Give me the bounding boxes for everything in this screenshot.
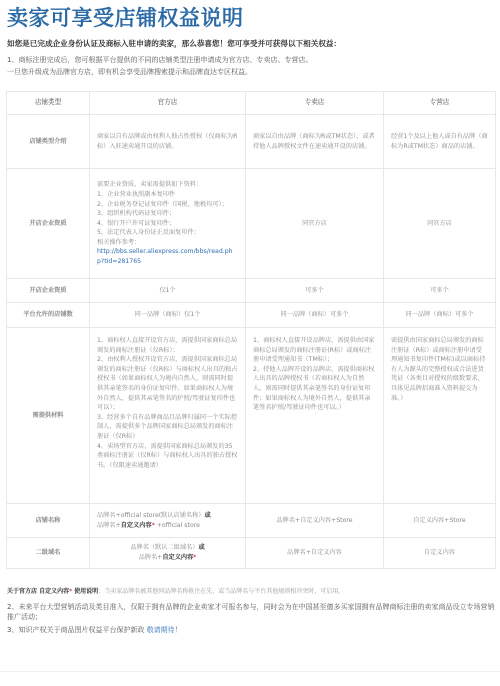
cell-official: 品牌名+official store(默认店铺名称）或 品牌名+自定义内容* +…	[90, 504, 246, 538]
qual-line: 4、银行开户许可证复印件；	[97, 219, 238, 229]
cell-official: 品牌名（默认二级域名）或 品牌名+自定义内容*	[90, 538, 246, 569]
cell-exclusive: 同一品牌（商标）可多个	[246, 303, 384, 328]
footer-line-3: 3、知识产权关于商品图片权益平台保护新政 敬请期待！	[7, 625, 495, 635]
store-name-line-1: 品牌名+official store(默认店铺名称）或	[97, 511, 238, 521]
header-exclusive-store: 专卖店	[246, 92, 384, 115]
table-header-row: 店铺类型 官方店 专卖店 专营店	[7, 92, 496, 115]
cell-specialty: 经营1个及以上他人或自有品牌（商标为R或TM状态）商品的店铺。	[384, 115, 496, 169]
row-label: 店铺名称	[7, 504, 90, 538]
reference-link[interactable]: http://bbs.seller.aliexpress.com/bbs/rea…	[97, 247, 238, 266]
cell-official: 1、商标权人直接开设官方店，需提供国家商标总局颁发的商标注册证（仅R标）； 2、…	[90, 328, 246, 504]
row-label: 开店企业资质	[7, 169, 90, 279]
cell-specialty: 需提供由国家商标总局颁发的商标注册证（R标）或商标注册申请受理通知书复印件(TM…	[384, 328, 496, 504]
cell-official: 仅1个	[90, 279, 246, 303]
header-official-store: 官方店	[90, 92, 246, 115]
qual-line: 需要企业资质，卖家需提供如下资料：	[97, 180, 238, 190]
intro-line-2: 一旦您升级成为品牌官方店，即有机会享受品牌搜索提示和品牌直达专区权益。	[7, 67, 252, 77]
cell-exclusive: 商家以自由品牌（商标为R或TM状态），或者持他人品牌授权文件在速卖通开设的店铺。	[246, 115, 384, 169]
table-row-intro: 店铺类型介绍 商家以自有品牌或由权利人独占性授权（仅商标为R标）入驻速卖通开设的…	[7, 115, 496, 169]
footer-line-2: 2、未来平台大型营销活动及类目准入，仅限于拥有品牌的企业卖家才可报名参与，同时会…	[7, 602, 495, 622]
cell-exclusive: 品牌名+自定义内容+Store	[246, 504, 384, 538]
table-row-store-count: 平台允许的店铺数 同一品牌（商标）仅1个 同一品牌（商标）可多个 同一品牌（商标…	[7, 303, 496, 328]
table-row-qualification-count: 开店企业资质 仅1个 可多个 可多个	[7, 279, 496, 303]
cell-exclusive: 品牌名+自定义内容	[246, 538, 384, 569]
header-specialty-store: 专营店	[384, 92, 496, 115]
cell-official: 商家以自有品牌或由权利人独占性授权（仅商标为R标）入驻速卖通开设的店铺。	[90, 115, 246, 169]
cell-official: 同一品牌（商标）仅1个	[90, 303, 246, 328]
bottom-divider	[0, 671, 500, 672]
qual-line: 1、企业营业执照副本复印件	[97, 190, 238, 200]
cell-specialty: 自定义内容+Store	[384, 504, 496, 538]
page-title: 卖家可享受店铺权益说明	[7, 2, 244, 32]
cell-exclusive: 同官方店	[246, 169, 384, 279]
row-label: 店铺类型介绍	[7, 115, 90, 169]
qual-line: 5、法定代表人身份证正反面复印件；	[97, 228, 238, 238]
store-name-line-2: 品牌名+自定义内容* +official store	[97, 521, 238, 531]
domain-line-2: 品牌名+自定义内容*	[90, 553, 245, 563]
row-label: 开店企业资质	[7, 279, 90, 303]
table-row-qualification: 开店企业资质 需要企业资质，卖家需提供如下资料： 1、企业营业执照副本复印件 2…	[7, 169, 496, 279]
cell-specialty: 可多个	[384, 279, 496, 303]
header-store-type: 店铺类型	[7, 92, 90, 115]
stay-tuned-link[interactable]: 敬请期待	[147, 626, 175, 634]
qual-line: 相关操作参考：	[97, 238, 238, 248]
row-label: 平台允许的店铺数	[7, 303, 90, 328]
table-row-store-name: 店铺名称 品牌名+official store(默认店铺名称）或 品牌名+自定义…	[7, 504, 496, 538]
row-label: 二级域名	[7, 538, 90, 569]
store-rights-table: 店铺类型 官方店 专卖店 专营店 店铺类型介绍 商家以自有品牌或由权利人独占性授…	[6, 91, 496, 569]
row-label: 需提供材料	[7, 328, 90, 504]
cell-specialty: 同官方店	[384, 169, 496, 279]
table-row-materials: 需提供材料 1、商标权人直接开设官方店，需提供国家商标总局颁发的商标注册证（仅R…	[7, 328, 496, 504]
qual-line: 3、组织机构代码证复印件；	[97, 209, 238, 219]
custom-content-note: 关于官方店 自定义内容* 使用说明：当卖家品牌名被其他同品牌名称抢注在先、或当品…	[7, 586, 344, 595]
cell-official: 需要企业资质，卖家需提供如下资料： 1、企业营业执照副本复印件 2、企业税务登记…	[90, 169, 246, 279]
qual-line: 2、企业税务登记证复印件（国税、地税均可）；	[97, 200, 238, 210]
cell-exclusive: 可多个	[246, 279, 384, 303]
cell-specialty: 同一品牌（商标）可多个	[384, 303, 496, 328]
domain-line-1: 品牌名（默认二级域名）或	[90, 543, 245, 553]
intro-line-1: 1、商标注册完成后，您可根据平台提供的不同的店铺类型注册申请成为官方店、专卖店、…	[7, 55, 312, 65]
cell-specialty: 自定义内容	[384, 538, 496, 569]
intro-headline: 如您是已完成企业身份认证及商标入驻申请的卖家，那么恭喜您！您可享受并可获得以下相…	[7, 38, 341, 49]
table-row-domain: 二级域名 品牌名（默认二级域名）或 品牌名+自定义内容* 品牌名+自定义内容 自…	[7, 538, 496, 569]
cell-exclusive: 1、商标权人直接开设品牌店，需提供由国家商标总局颁发的商标注册证(R标）或商标注…	[246, 328, 384, 504]
